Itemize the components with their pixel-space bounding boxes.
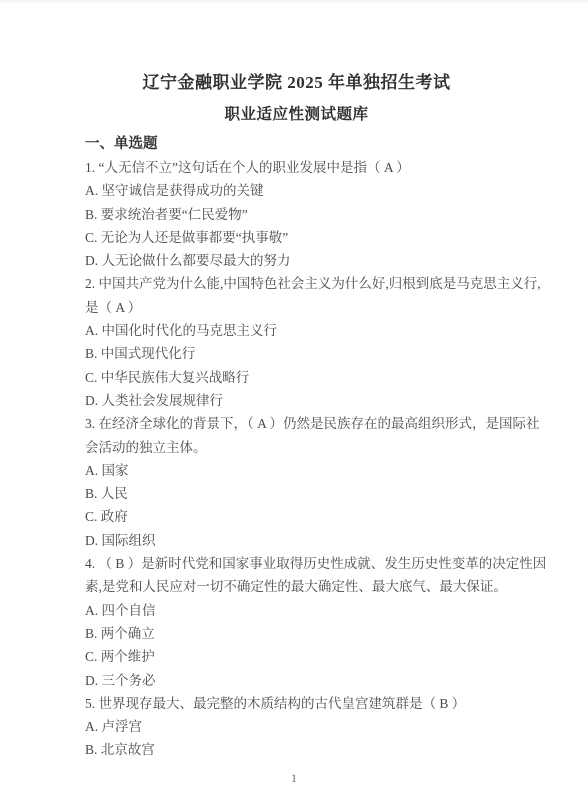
- question-1: 1. “人无信不立”这句话在个人的职业发展中是指（ A ） A. 坚守诚信是获得…: [85, 156, 508, 272]
- question-4-option-c: C. 两个维护: [85, 645, 508, 668]
- section-heading: 一、单选题: [85, 132, 508, 156]
- question-2-option-c: C. 中华民族伟大复兴战略行: [85, 366, 508, 389]
- document-title: 辽宁金融职业学院 2025 年单独招生考试: [85, 71, 508, 95]
- question-3-option-d: D. 国际组织: [85, 529, 508, 552]
- question-3-option-c: C. 政府: [85, 505, 508, 528]
- question-1-option-a: A. 坚守诚信是获得成功的关键: [85, 179, 508, 202]
- question-3-stem-line-2: 会活动的独立主体。: [85, 436, 508, 459]
- document-subtitle: 职业适应性测试题库: [85, 103, 508, 127]
- question-5-option-a: A. 卢浮宫: [85, 715, 508, 738]
- question-5-stem: 5. 世界现存最大、最完整的木质结构的古代皇宫建筑群是（ B ）: [85, 692, 508, 715]
- question-5: 5. 世界现存最大、最完整的木质结构的古代皇宫建筑群是（ B ） A. 卢浮宫 …: [85, 692, 508, 762]
- question-1-stem: 1. “人无信不立”这句话在个人的职业发展中是指（ A ）: [85, 156, 508, 179]
- question-3-stem-line-1: 3. 在经济全球化的背景下，（ A ）仍然是民族存在的最高组织形式，是国际社: [85, 412, 508, 435]
- question-4-option-a: A. 四个自信: [85, 599, 508, 622]
- question-3: 3. 在经济全球化的背景下，（ A ）仍然是民族存在的最高组织形式，是国际社 会…: [85, 412, 508, 552]
- question-4-stem-line-2: 素,是党和人民应对一切不确定性的最大确定性、最大底气、最大保证。: [85, 575, 508, 598]
- page-number: 1: [0, 770, 588, 786]
- question-1-option-d: D. 人无论做什么都要尽最大的努力: [85, 249, 508, 272]
- question-2: 2. 中国共产党为什么能,中国特色社会主义为什么好,归根到底是马克思主义行, 是…: [85, 272, 508, 412]
- question-4-option-b: B. 两个确立: [85, 622, 508, 645]
- question-1-option-b: B. 要求统治者要“仁民爱物”: [85, 203, 508, 226]
- question-2-option-a: A. 中国化时代化的马克思主义行: [85, 319, 508, 342]
- question-4-option-d: D. 三个务必: [85, 669, 508, 692]
- question-4-stem-line-1: 4. （ B ）是新时代党和国家事业取得历史性成就、发生历史性变革的决定性因: [85, 552, 508, 575]
- page-content: 辽宁金融职业学院 2025 年单独招生考试 职业适应性测试题库 一、单选题 1.…: [0, 0, 588, 762]
- document-page: 辽宁金融职业学院 2025 年单独招生考试 职业适应性测试题库 一、单选题 1.…: [0, 0, 588, 805]
- question-2-option-b: B. 中国式现代化行: [85, 342, 508, 365]
- question-3-option-a: A. 国家: [85, 459, 508, 482]
- question-2-option-d: D. 人类社会发展规律行: [85, 389, 508, 412]
- question-4: 4. （ B ）是新时代党和国家事业取得历史性成就、发生历史性变革的决定性因 素…: [85, 552, 508, 692]
- question-5-option-b: B. 北京故宫: [85, 738, 508, 761]
- question-1-option-c: C. 无论为人还是做事都要“执事敬”: [85, 226, 508, 249]
- question-2-stem-line-2: 是（ A ）: [85, 296, 508, 319]
- question-2-stem-line-1: 2. 中国共产党为什么能,中国特色社会主义为什么好,归根到底是马克思主义行,: [85, 272, 508, 295]
- question-3-option-b: B. 人民: [85, 482, 508, 505]
